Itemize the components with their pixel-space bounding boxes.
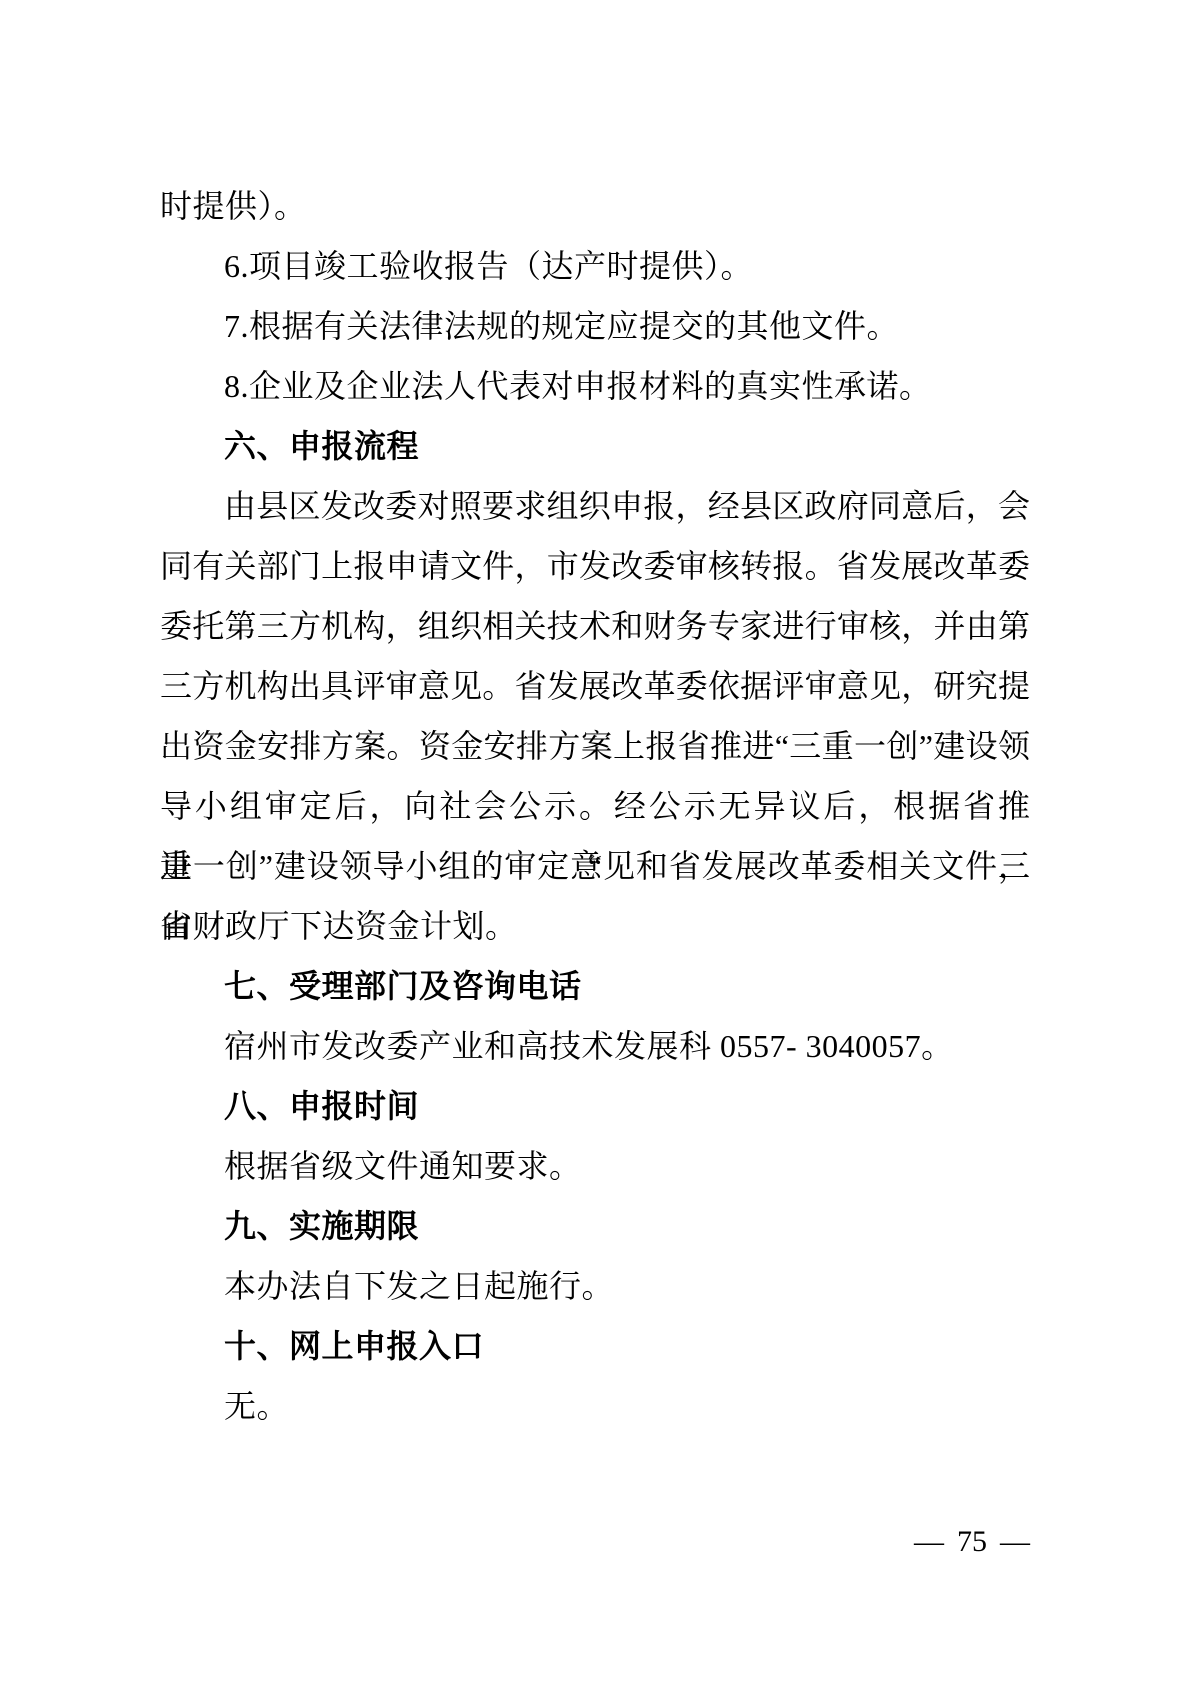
section-6-paragraph-line-2: 同有关部门上报申请文件，市发改委审核转报。省发展改革委 [160, 536, 1030, 596]
section-10-body: 无。 [160, 1376, 1030, 1436]
page-number: 75 [957, 1524, 987, 1560]
section-6-paragraph-line-4: 三方机构出具评审意见。省发展改革委依据评审意见，研究提 [160, 656, 1030, 716]
section-6-paragraph-line-7: 重一创”建设领导小组的审定意见和省发展改革委相关文件，由 [160, 836, 1030, 896]
page-footer: —75— [914, 1524, 1030, 1560]
section-7-body: 宿州市发改委产业和高技术发展科 0557- 3040057。 [160, 1016, 1030, 1076]
section-8-heading: 八、申报时间 [160, 1076, 1030, 1136]
section-7-heading: 七、受理部门及咨询电话 [160, 956, 1030, 1016]
attachment-item-7: 7.根据有关法律法规的规定应提交的其他文件。 [160, 296, 1030, 356]
section-6-paragraph-line-1: 由县区发改委对照要求组织申报，经县区政府同意后，会 [160, 476, 1030, 536]
section-9-heading: 九、实施期限 [160, 1196, 1030, 1256]
attachment-item-6: 6.项目竣工验收报告（达产时提供）。 [160, 236, 1030, 296]
section-6-paragraph-line-5: 出资金安排方案。资金安排方案上报省推进“三重一创”建设领 [160, 716, 1030, 776]
section-8-body: 根据省级文件通知要求。 [160, 1136, 1030, 1196]
attachment-item-8: 8.企业及企业法人代表对申报材料的真实性承诺。 [160, 356, 1030, 416]
paragraph-continuation-line: 时提供）。 [160, 176, 1030, 236]
section-6-paragraph-line-6: 导小组审定后，向社会公示。经公示无异议后，根据省推进“三 [160, 776, 1030, 836]
section-6-paragraph-line-3: 委托第三方机构，组织相关技术和财务专家进行审核，并由第 [160, 596, 1030, 656]
document-page: 时提供）。 6.项目竣工验收报告（达产时提供）。 7.根据有关法律法规的规定应提… [0, 0, 1190, 1683]
section-6-heading: 六、申报流程 [160, 416, 1030, 476]
text-column: 时提供）。 6.项目竣工验收报告（达产时提供）。 7.根据有关法律法规的规定应提… [160, 176, 1030, 1436]
section-10-heading: 十、网上申报入口 [160, 1316, 1030, 1376]
footer-dash-right: — [1000, 1525, 1030, 1558]
section-6-paragraph-last-line: 省财政厅下达资金计划。 [160, 896, 1030, 956]
footer-dash-left: — [914, 1525, 944, 1558]
section-9-body: 本办法自下发之日起施行。 [160, 1256, 1030, 1316]
